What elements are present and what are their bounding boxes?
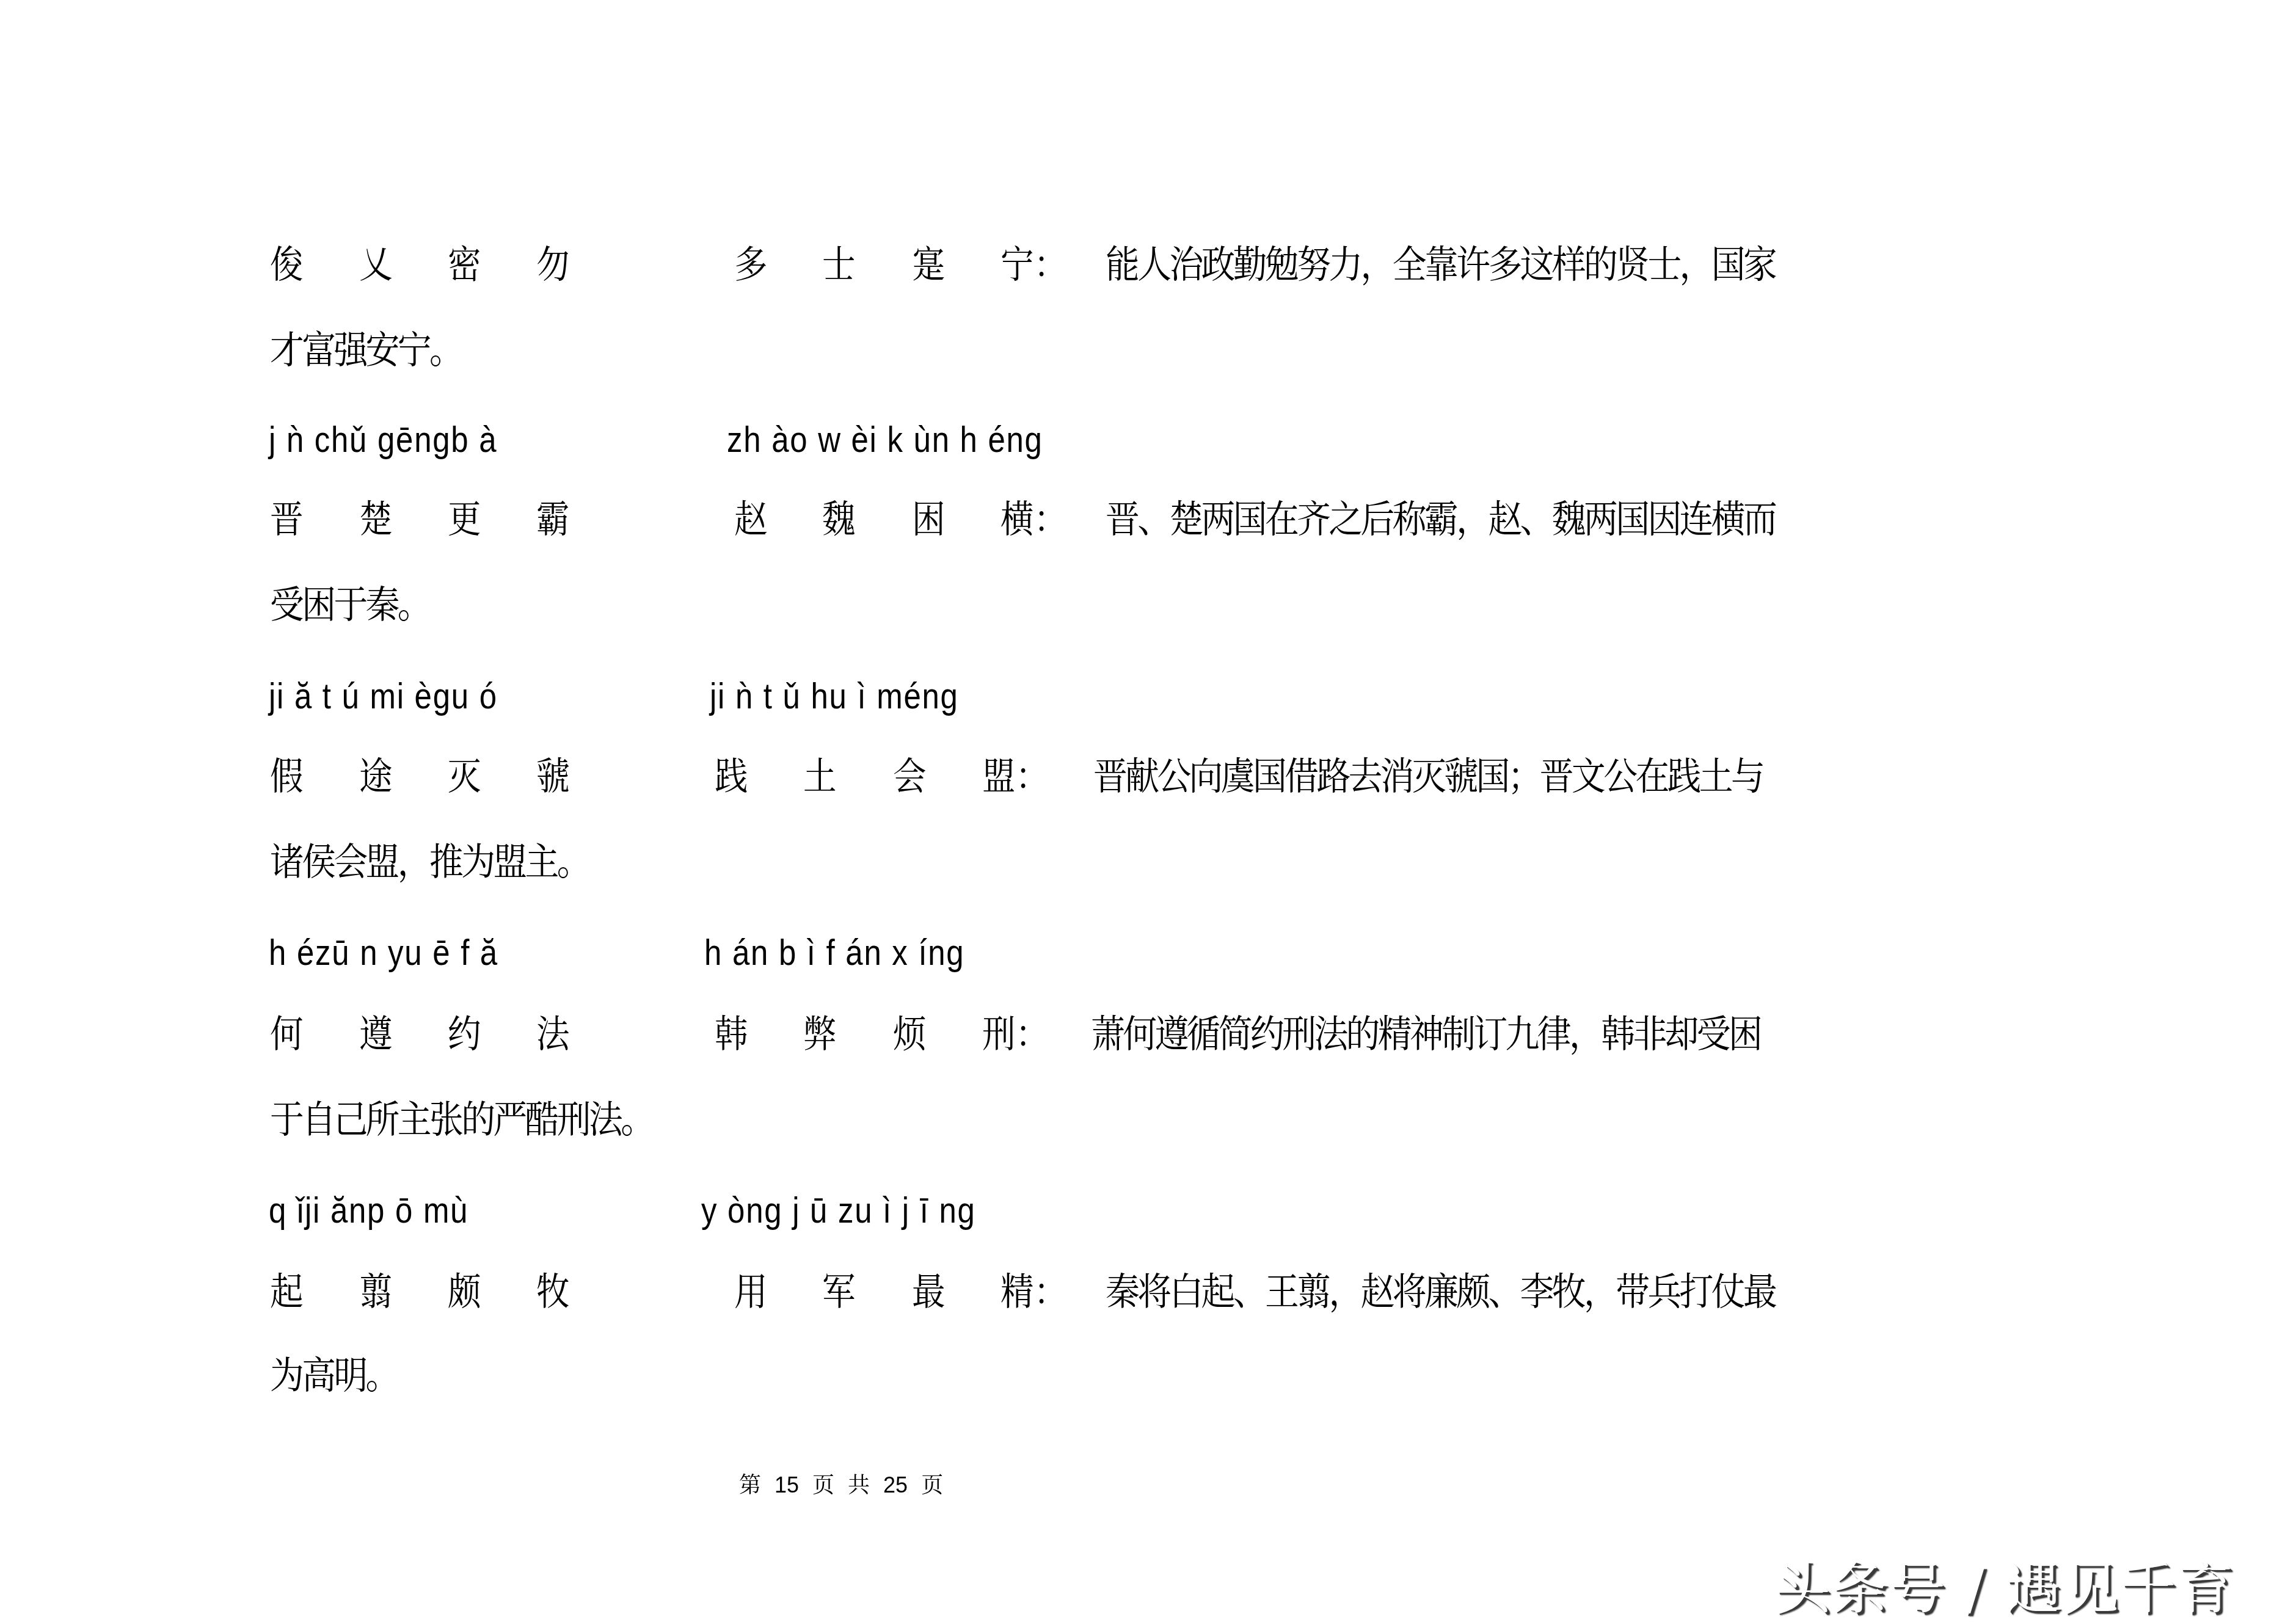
idiom-char: 盟： [982, 758, 1049, 796]
idiom-char: 军 [822, 1273, 856, 1311]
explanation-text: 诸侯会盟，推为盟主。 [270, 843, 589, 881]
footer-prefix: 第 [739, 1473, 761, 1498]
total-pages-number: 25 [883, 1472, 908, 1497]
idiom-char: 士 [822, 246, 856, 284]
idiom-line: 假 途 灭 虢 践 土 会 盟： 晋献公向虞国借路去消灭虢国；晋文公在践土与 [0, 758, 2296, 796]
idiom-char: 遵 [359, 1016, 393, 1053]
explanation-continuation: 受困于秦。 [0, 586, 2296, 624]
idiom-char: 密 [448, 246, 481, 284]
explanation-text: 晋献公向虞国借路去消灭虢国；晋文公在践土与 [1093, 758, 1763, 796]
explanation-continuation: 诸侯会盟，推为盟主。 [0, 843, 2296, 881]
idiom-char: 约 [448, 1016, 481, 1053]
idiom-char: 赵 [734, 501, 768, 539]
pinyin-right: zh ào w èi k ùn h éng [727, 421, 1043, 458]
idiom-line: 晋 楚 更 霸 赵 魏 困 横： 晋、楚两国在齐之后称霸，赵、魏两国因连横而 [0, 501, 2296, 539]
footer-page-word: 页 [812, 1473, 834, 1498]
idiom-char: 最 [912, 1273, 946, 1311]
explanation-text: 萧何遵循简约刑法的精神制订九律，韩非却受困 [1091, 1016, 1760, 1053]
idiom-char: 会 [893, 758, 927, 796]
idiom-char: 法 [536, 1016, 570, 1053]
idiom-char: 虢 [536, 758, 570, 796]
idiom-char: 横： [1000, 501, 1067, 539]
idiom-char: 假 [270, 758, 304, 796]
explanation-text: 晋、楚两国在齐之后称霸，赵、魏两国因连横而 [1106, 501, 1775, 539]
pinyin-left: q ǐji ănp ō mù [269, 1192, 468, 1229]
idiom-char: 途 [359, 758, 393, 796]
idiom-char: 践 [715, 758, 748, 796]
idiom-char: 韩 [715, 1016, 748, 1053]
idiom-char: 更 [448, 501, 481, 539]
explanation-continuation: 于自己所主张的严酷刑法。 [0, 1101, 2296, 1139]
idiom-line: 俊 乂 密 勿 多 士 寔 宁： 能人治政勤勉努力，全靠许多这样的贤士，国家 [0, 246, 2296, 284]
idiom-char: 灭 [448, 758, 481, 796]
pinyin-right: ji ǹ t ǔ hu ì méng [710, 678, 959, 715]
idiom-char: 弊 [803, 1016, 837, 1053]
idiom-char: 晋 [270, 501, 304, 539]
idiom-char: 宁： [1000, 246, 1067, 284]
pinyin-line: j ǹ chǔ gēngb à zh ào w èi k ùn h éng [0, 421, 2296, 459]
pinyin-left: ji ă t ú mi ègu ó [269, 678, 498, 715]
pinyin-right: y òng j ū zu ì j ī ng [701, 1192, 976, 1229]
pinyin-line: q ǐji ănp ō mù y òng j ū zu ì j ī ng [0, 1192, 2296, 1230]
idiom-char: 何 [270, 1016, 304, 1053]
idiom-char: 翦 [359, 1273, 393, 1311]
idiom-line: 何 遵 约 法 韩 弊 烦 刑： 萧何遵循简约刑法的精神制订九律，韩非却受困 [0, 1016, 2296, 1053]
pinyin-left: h ézū n yu ē f ă [269, 934, 498, 971]
idiom-char: 起 [270, 1273, 304, 1311]
idiom-char: 刑： [982, 1016, 1049, 1053]
pinyin-left: j ǹ chǔ gēngb à [269, 421, 497, 458]
watermark: 头条号 / 遇见千育 [1774, 1544, 2235, 1622]
footer-suffix: 页 [921, 1473, 943, 1498]
idiom-char: 困 [912, 501, 946, 539]
idiom-char: 俊 [270, 246, 304, 284]
idiom-char: 牧 [536, 1273, 570, 1311]
current-page-number: 15 [774, 1472, 799, 1497]
pinyin-right: h án b ì f án x íng [704, 934, 964, 971]
pinyin-line: h ézū n yu ē f ă h án b ì f án x íng [0, 934, 2296, 972]
idiom-line: 起 翦 颇 牧 用 军 最 精： 秦将白起、王翦，赵将廉颇、李牧，带兵打仗最 [0, 1273, 2296, 1311]
pinyin-line: ji ă t ú mi ègu ó ji ǹ t ǔ hu ì méng [0, 678, 2296, 716]
explanation-text: 于自己所主张的严酷刑法。 [270, 1101, 652, 1139]
idiom-char: 烦 [893, 1016, 927, 1053]
idiom-char: 用 [734, 1273, 768, 1311]
explanation-text: 为高明。 [270, 1357, 398, 1395]
idiom-char: 多 [734, 246, 768, 284]
idiom-char: 土 [803, 758, 837, 796]
idiom-char: 乂 [359, 246, 393, 284]
explanation-continuation: 才富强安宁。 [0, 332, 2296, 369]
idiom-char: 寔 [912, 246, 946, 284]
idiom-char: 颇 [448, 1273, 481, 1311]
footer-total-word: 共 [848, 1473, 870, 1498]
page-number-footer: 第15页共25页 [739, 1468, 957, 1499]
explanation-text: 能人治政勤勉努力，全靠许多这样的贤士，国家 [1106, 246, 1775, 284]
explanation-text: 秦将白起、王翦，赵将廉颇、李牧，带兵打仗最 [1106, 1273, 1775, 1311]
idiom-char: 勿 [536, 246, 570, 284]
idiom-char: 精： [1000, 1273, 1067, 1311]
explanation-continuation: 为高明。 [0, 1357, 2296, 1395]
idiom-char: 魏 [822, 501, 856, 539]
explanation-text: 受困于秦。 [270, 586, 429, 624]
idiom-char: 霸 [536, 501, 570, 539]
explanation-text: 才富强安宁。 [270, 332, 461, 369]
idiom-char: 楚 [359, 501, 393, 539]
